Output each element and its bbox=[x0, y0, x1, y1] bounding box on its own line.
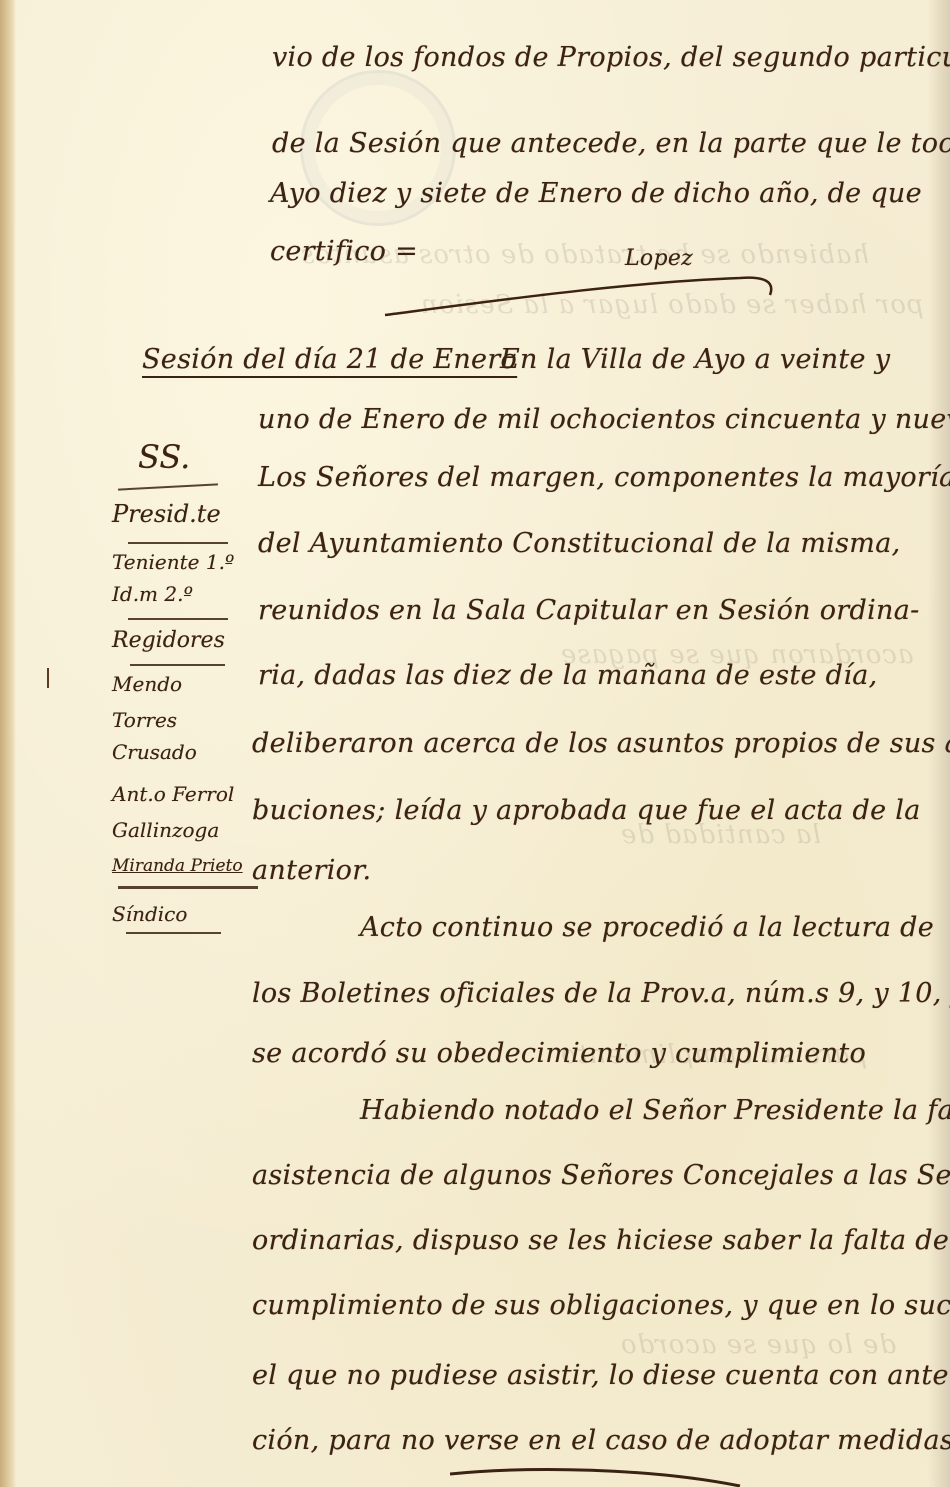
margin-entry-sindico: Síndico bbox=[112, 902, 187, 926]
margin-entry-regidor: Crusado bbox=[112, 740, 197, 764]
paragraph-line: los Boletines oficiales de la Prov.a, nú… bbox=[252, 978, 950, 1009]
margin-heading: SS. bbox=[138, 438, 190, 476]
margin-divider bbox=[118, 483, 218, 490]
paragraph-line: cumplimiento de sus obligaciones, y que … bbox=[252, 1290, 950, 1321]
manuscript-page: habiendo se ha tratado de otros asuntos … bbox=[0, 0, 950, 1487]
margin-entry-teniente-1: Teniente 1.º bbox=[112, 550, 234, 574]
margin-entry-president: Presid.te bbox=[112, 500, 221, 528]
margin-entry-regidor: Gallinzoga bbox=[112, 818, 219, 842]
margin-divider bbox=[128, 542, 228, 544]
session-body-line: En la Villa de Ayo a veinte y bbox=[500, 344, 890, 375]
signature-flourish bbox=[380, 270, 780, 330]
session-body-line: buciones; leída y aprobada que fue el ac… bbox=[252, 795, 921, 826]
paragraph-line: Acto continuo se procedió a la lectura d… bbox=[360, 912, 934, 943]
paragraph-line: Habiendo notado el Señor Presidente la f… bbox=[360, 1095, 950, 1126]
margin-entry-regidor: Ant.o Ferrol bbox=[112, 782, 234, 806]
session-body-line: ria, dadas las diez de la mañana de este… bbox=[258, 660, 877, 691]
margin-entry-regidores-heading: Regidores bbox=[112, 628, 225, 653]
previous-entry-line: certifico = bbox=[270, 236, 418, 267]
margin-divider bbox=[118, 886, 258, 889]
session-body-line: del Ayuntamiento Constitucional de la mi… bbox=[258, 528, 901, 559]
margin-entry-teniente-2: Id.m 2.º bbox=[112, 582, 193, 606]
signature: Lopez bbox=[625, 246, 693, 271]
margin-entry-regidor: Torres bbox=[112, 708, 177, 732]
margin-entry-regidor: Mendo bbox=[112, 672, 182, 696]
session-body-line: anterior. bbox=[252, 855, 371, 886]
bleed-through-text: de lo que se acordo bbox=[620, 1330, 896, 1360]
session-heading: Sesión del día 21 de Enero bbox=[142, 344, 517, 375]
session-body-line: reunidos en la Sala Capitular en Sesión … bbox=[258, 595, 920, 626]
margin-entry-regidor: Miranda Prieto bbox=[112, 856, 243, 876]
paragraph-line: ordinarias, dispuso se les hiciese saber… bbox=[252, 1225, 949, 1256]
margin-divider bbox=[130, 664, 225, 666]
binding-edge bbox=[0, 0, 16, 1487]
paragraph-line: ción, para no verse en el caso de adopta… bbox=[252, 1425, 950, 1456]
paragraph-line: asistencia de algunos Señores Concejales… bbox=[252, 1160, 950, 1191]
previous-entry-line: vio de los fondos de Propios, del segund… bbox=[272, 42, 950, 73]
margin-divider bbox=[126, 932, 221, 934]
previous-entry-line: Ayo diez y siete de Enero de dicho año, … bbox=[270, 178, 922, 209]
bottom-flourish bbox=[450, 1460, 750, 1487]
session-body-line: Los Señores del margen, componentes la m… bbox=[258, 462, 950, 493]
paragraph-line: se acordó su obedecimiento y cumplimient… bbox=[252, 1038, 866, 1069]
margin-divider bbox=[128, 618, 228, 620]
paragraph-line: el que no pudiese asistir, lo diese cuen… bbox=[252, 1360, 950, 1391]
session-body-line: uno de Enero de mil ochocientos cincuent… bbox=[258, 404, 950, 435]
ink-mark bbox=[47, 668, 49, 688]
previous-entry-line: de la Sesión que antecede, en la parte q… bbox=[272, 128, 950, 159]
session-body-line: deliberaron acerca de los asuntos propio… bbox=[252, 728, 950, 759]
